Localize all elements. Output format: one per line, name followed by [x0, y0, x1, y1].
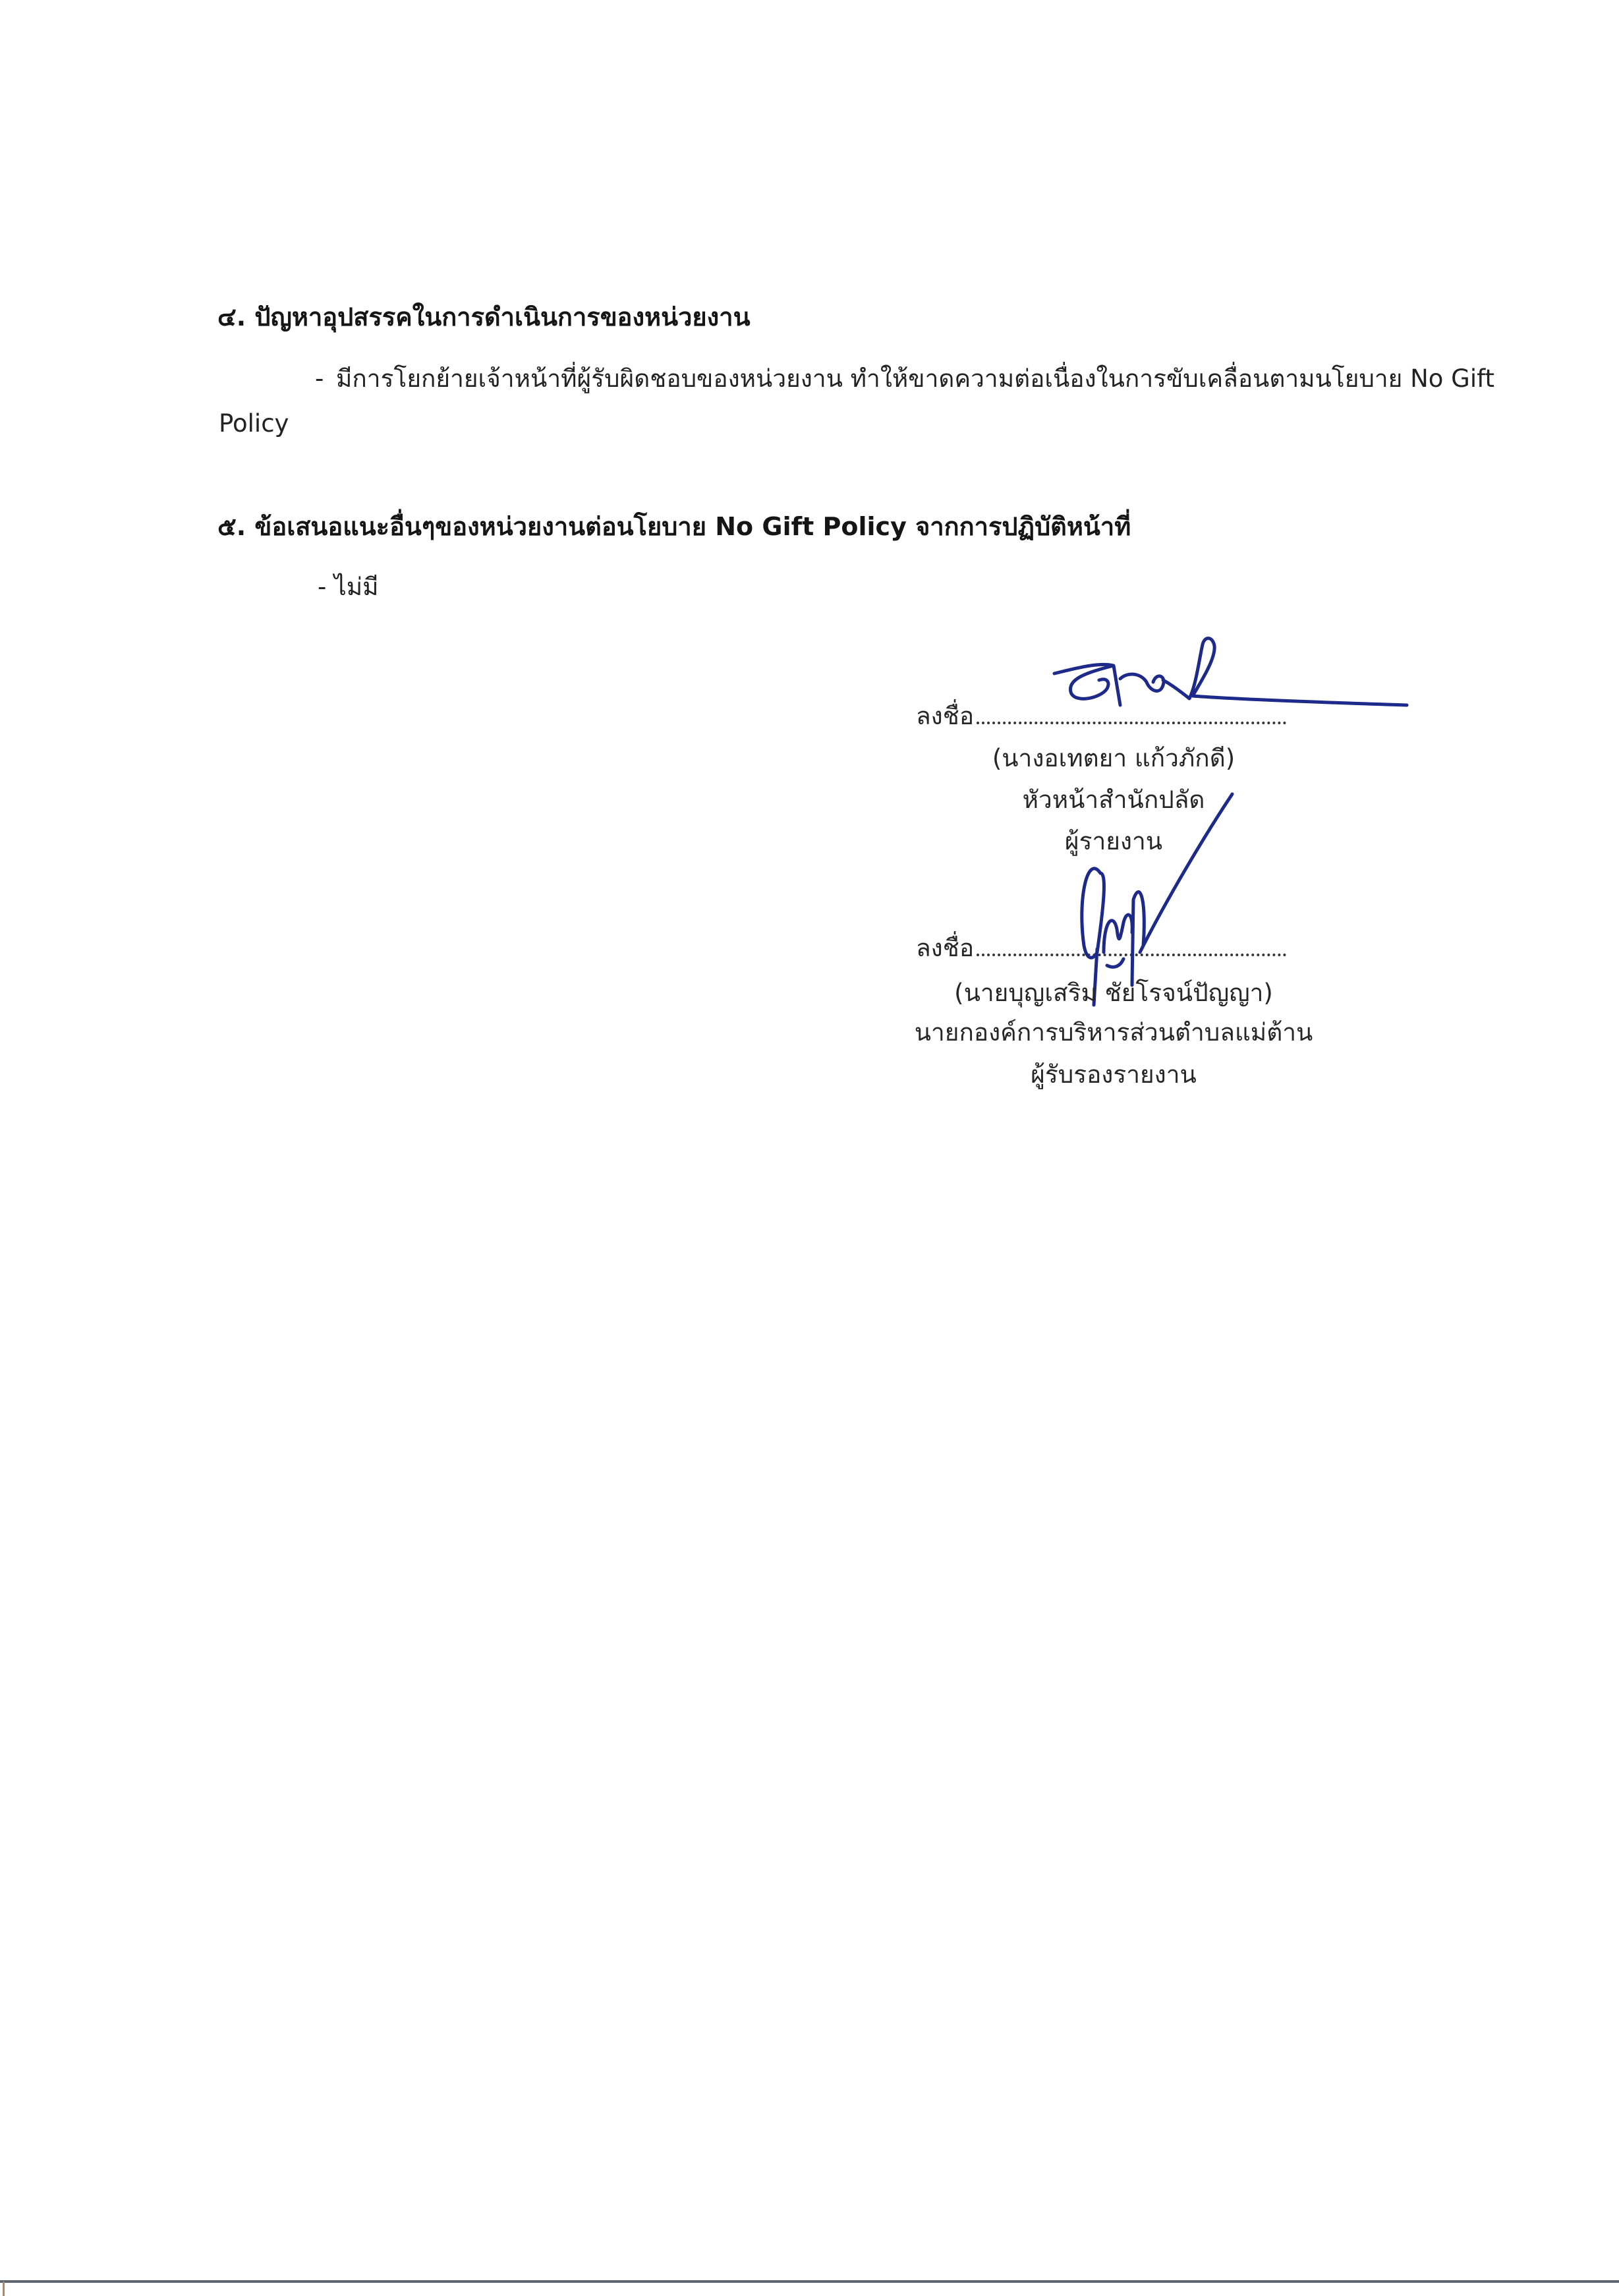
signer-1-name: (นางอเทตยา แก้วภักดี)	[909, 746, 1318, 770]
sign-label-text: ลงชื่อ	[916, 702, 974, 730]
sign-label-text: ลงชื่อ	[916, 934, 974, 962]
scan-edge-mark	[3, 2282, 5, 2296]
sign-label: ลงชื่อ	[916, 704, 1286, 728]
section-5-item: - ไม่มี	[318, 575, 379, 599]
sign-label: ลงชื่อ	[916, 936, 1286, 960]
signer-1-position: หัวหน้าสำนักปลัด	[909, 788, 1318, 812]
signer-2-name: (นายบุญเสริม ชัยโรจน์ปัญญา)	[909, 981, 1318, 1005]
section-4-bullet-dash: -	[315, 366, 324, 391]
section-5-heading: ๕. ข้อเสนอแนะอื่นๆของหน่วยงานต่อนโยบาย N…	[217, 514, 1131, 539]
signer-1-role: ผู้รายงาน	[909, 829, 1318, 853]
signer-2-role: ผู้รับรองรายงาน	[909, 1062, 1318, 1087]
signature-dotted-line	[977, 953, 1286, 956]
section-4-heading: ๔. ปัญหาอุปสรรคในการดำเนินการของหน่วยงาน	[217, 304, 751, 330]
signature-dotted-line	[977, 721, 1286, 724]
scan-edge-line	[0, 2280, 1619, 2283]
signer-2-position: นายกองค์การบริหารส่วนตำบลแม่ต้าน	[883, 1020, 1344, 1045]
handwritten-signature-2	[1041, 788, 1239, 1012]
section-4-bullet-line-2: Policy	[219, 411, 289, 436]
section-4-bullet-line-1: มีการโยกย้ายเจ้าหน้าที่ผู้รับผิดชอบของหน…	[336, 366, 1494, 391]
